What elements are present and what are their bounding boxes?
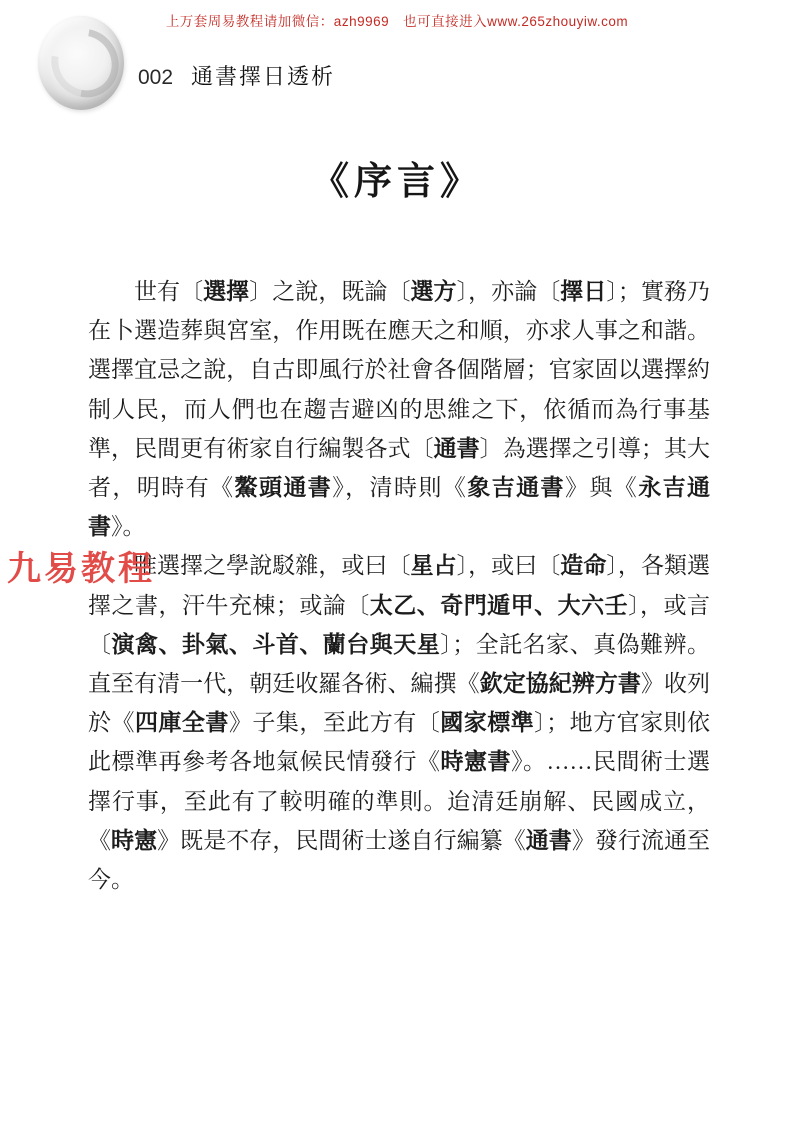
- paragraph-2: 唯選擇之學說駁雜，或曰〔星占〕，或曰〔造命〕，各類選擇之書，汗牛充棟；或論〔太乙…: [88, 546, 710, 899]
- section-title: 《序言》: [0, 150, 794, 205]
- page-number: 002: [138, 66, 173, 90]
- red-watermark: 九易教程: [7, 541, 155, 590]
- book-page: 上万套周易教程请加微信：azh9969 也可直接进入www.265zhouyiw…: [0, 0, 794, 1123]
- paragraph-1: 世有〔選擇〕之說，既論〔選方〕，亦論〔擇日〕；實務乃在卜選造葬與宮室，作用既在應…: [88, 272, 710, 546]
- body-text: 世有〔選擇〕之說，既論〔選方〕，亦論〔擇日〕；實務乃在卜選造葬與宮室，作用既在應…: [88, 272, 710, 899]
- publisher-swirl-logo: [38, 16, 124, 110]
- book-title: 通書擇日透析: [191, 60, 335, 91]
- promo-banner-text: 上万套周易教程请加微信：azh9969 也可直接进入www.265zhouyiw…: [0, 10, 794, 30]
- page-header: 002 通書擇日透析: [138, 60, 335, 91]
